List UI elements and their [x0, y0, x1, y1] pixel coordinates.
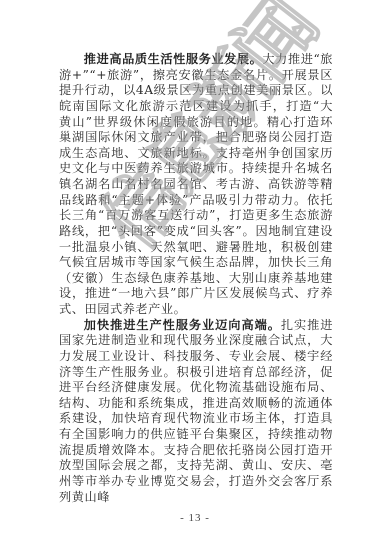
- paragraph-1-text: 大力推进“旅游+”“+旅游”，擦亮安徽生态金名片。开展景区提升行动，以4A级景区…: [59, 52, 333, 316]
- paragraph-1-heading: 推进高品质生活性服务业发展。: [84, 52, 263, 66]
- page-number: - 13 -: [0, 512, 390, 524]
- paragraph-2-heading: 加快推进生产性服务业迈向高端。: [84, 318, 281, 332]
- document-page: 推进高品质生活性服务业发展。大力推进“旅游+”“+旅游”，擦亮安徽生态金名片。开…: [0, 0, 390, 551]
- paragraph-2: 加快推进生产性服务业迈向高端。扎实推进国家先进制造业和现代服务业深度融合试点，大…: [59, 318, 333, 506]
- paragraph-2-text: 扎实推进国家先进制造业和现代服务业深度融合试点，大力发展工业设计、科技服务、专业…: [59, 318, 333, 504]
- paragraph-1: 推进高品质生活性服务业发展。大力推进“旅游+”“+旅游”，擦亮安徽生态金名片。开…: [59, 52, 333, 318]
- document-body: 推进高品质生活性服务业发展。大力推进“旅游+”“+旅游”，擦亮安徽生态金名片。开…: [59, 52, 333, 505]
